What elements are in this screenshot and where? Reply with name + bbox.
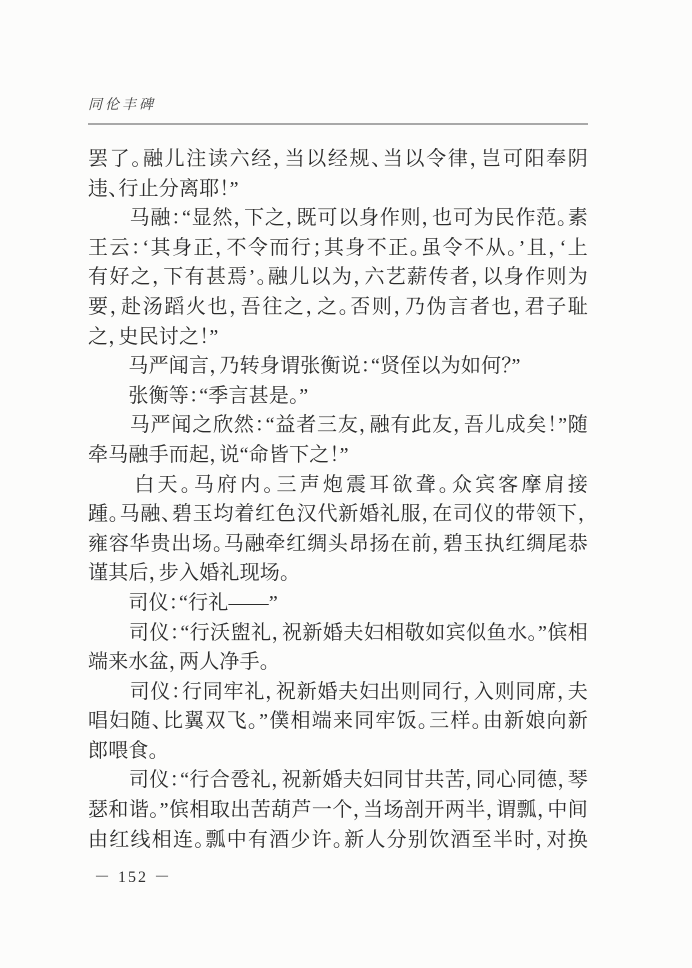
text-line: 司仪：行同牢礼，祝新婚夫妇出则同行，入则同席，夫 — [88, 678, 588, 708]
text-line: 雍容华贵出场。马融牵红绸头昂扬在前，碧玉执红绸尾恭 — [88, 530, 588, 560]
text-line: 司仪：“行合卺礼，祝新婚夫妇同甘共苦，同心同德，琴 — [88, 766, 588, 796]
text-line: 司仪：“行沃盥礼，祝新婚夫妇相敬如宾似鱼水。”傧相 — [88, 619, 588, 649]
text-line: 踵。马融、碧玉均着红色汉代新婚礼服，在司仪的带领下， — [88, 500, 588, 530]
text-line: 张衡等：“季言甚是。” — [88, 382, 588, 412]
text-line: 王云：‘其身正，不令而行；其身不正。虽令不从。’且，‘上 — [88, 234, 588, 264]
page-number: － 152 － — [94, 864, 588, 887]
text-line: 司仪：“行礼——” — [88, 589, 588, 619]
text-line: 白天。马府内。三声炮震耳欲聋。众宾客摩肩接 — [88, 471, 588, 501]
text-line: 唱妇随、比翼双飞。”僕相端来同牢饭。三样。由新娘向新 — [88, 707, 588, 737]
text-line: 谨其后，步入婚礼现场。 — [88, 559, 588, 589]
text-line: 之，史民讨之！” — [88, 323, 588, 353]
running-header-title: 同伦丰碑 — [88, 96, 588, 116]
text-line: 瑟和谐。”傧相取出苦葫芦一个，当场剖开两半，谓瓢，中间 — [88, 796, 588, 826]
text-line: 马严闻言，乃转身谓张衡说：“贤侄以为如何？” — [88, 352, 588, 382]
text-line: 郎喂食。 — [88, 737, 588, 767]
text-line: 马严闻之欣然：“益者三友，融有此友，吾儿成矣！”随 — [88, 411, 588, 441]
page-footer: － 152 － — [88, 864, 588, 887]
text-line: 由红线相连。瓢中有酒少许。新人分别饮酒至半时，对换 — [88, 826, 588, 856]
book-page: 同伦丰碑 罢了。融儿注读六经，当以经规、当以令律，岂可阳奉阴 违、行止分离耶！”… — [0, 0, 692, 968]
text-line: 违、行止分离耶！” — [88, 175, 588, 205]
body-text: 罢了。融儿注读六经，当以经规、当以令律，岂可阳奉阴 违、行止分离耶！” 马融：“… — [88, 145, 588, 855]
text-line: 马融：“显然，下之，既可以身作则，也可为民作范。素 — [88, 204, 588, 234]
text-line: 端来水盆，两人净手。 — [88, 648, 588, 678]
text-line: 罢了。融儿注读六经，当以经规、当以令律，岂可阳奉阴 — [88, 145, 588, 175]
header-rule — [88, 123, 588, 125]
text-line: 牵马融手而起，说“命皆下之！” — [88, 441, 588, 471]
text-line: 要，赴汤蹈火也，吾往之，之。否则，乃伪言者也，君子耻 — [88, 293, 588, 323]
text-line: 有好之，下有甚焉’。融儿以为，六艺薪传者，以身作则为 — [88, 263, 588, 293]
page-header: 同伦丰碑 — [88, 96, 588, 125]
